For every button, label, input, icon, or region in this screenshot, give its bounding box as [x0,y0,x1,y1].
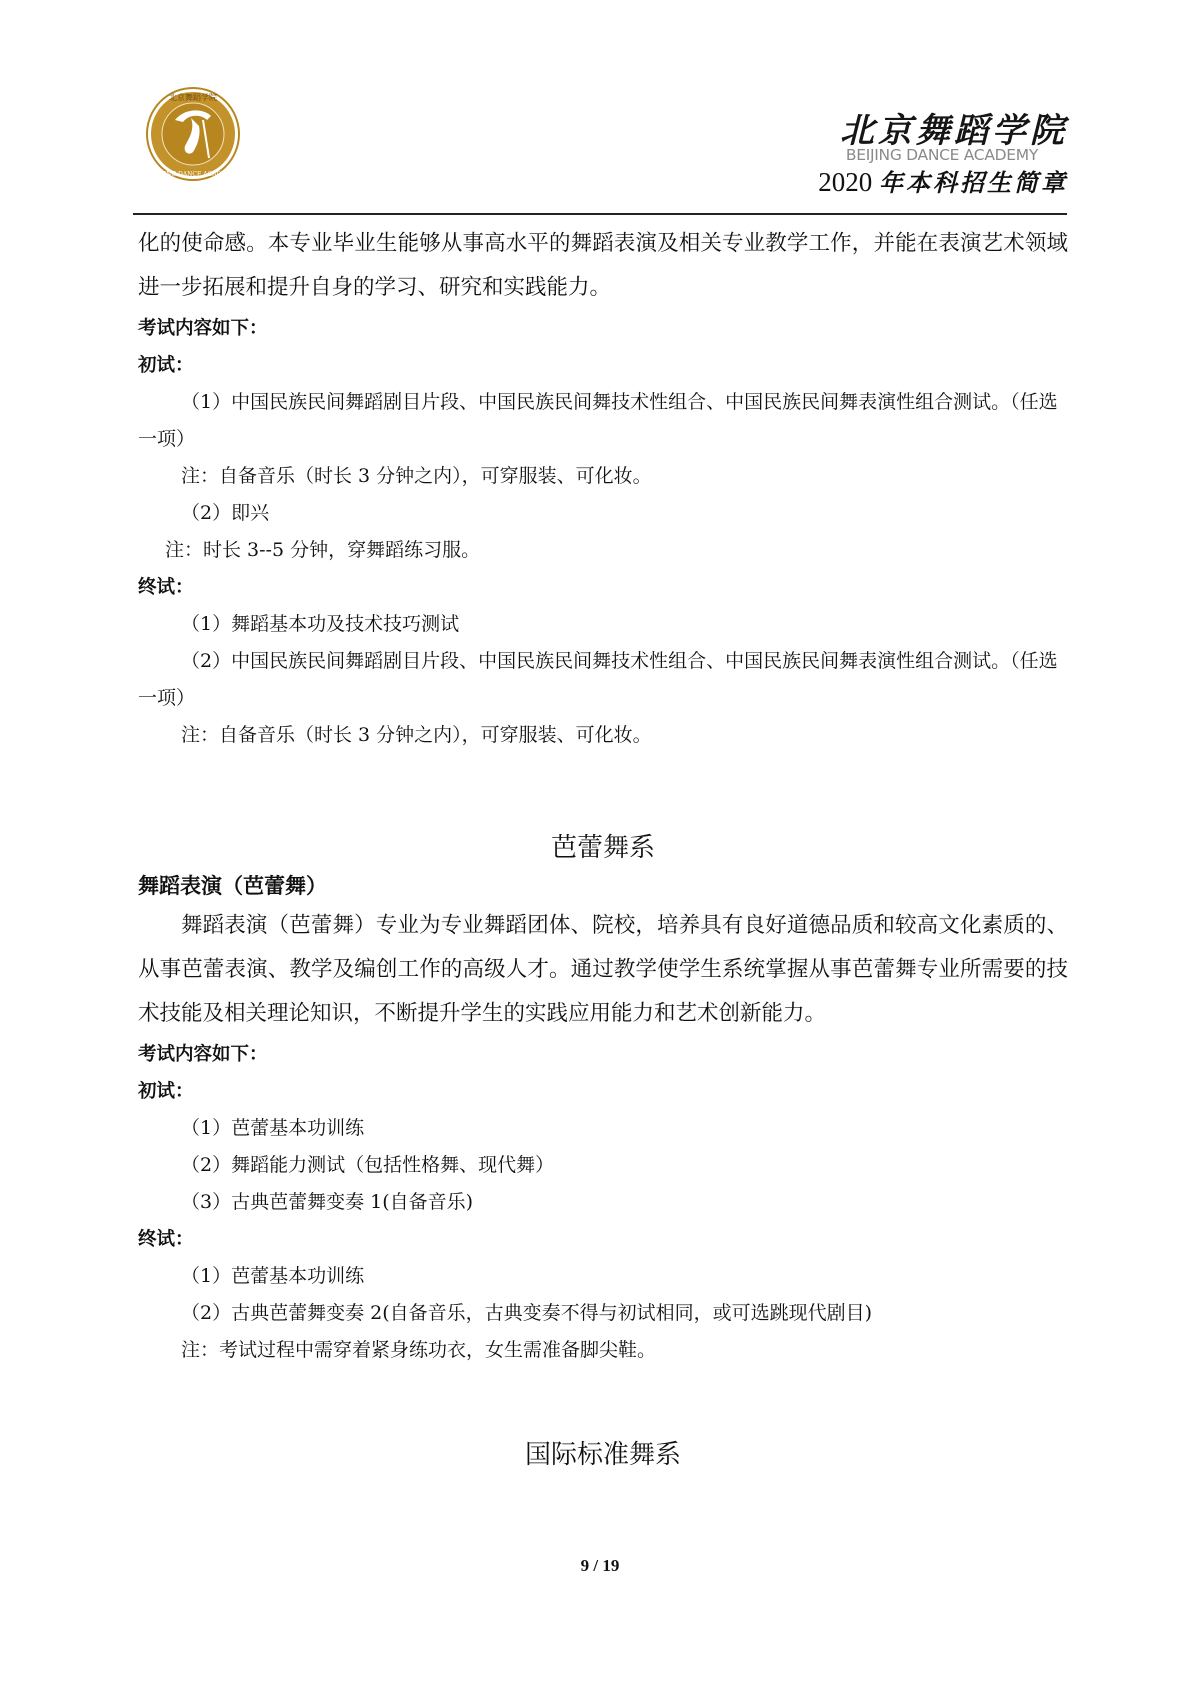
final-label: 终试： [138,569,1068,606]
prelim-note: 注：自备音乐（时长 3 分钟之内），可穿服装、可化妆。 [138,458,1068,495]
brand-english-name: BEIJING DANCE ACADEMY [818,146,1038,164]
exam-content-label: 考试内容如下： [138,310,1068,347]
prelim-item: （1）中国民族民间舞蹈剧目片段、中国民族民间舞技术性组合、中国民族民间舞表演性组… [138,384,1068,458]
svg-text:北京舞蹈学院: 北京舞蹈学院 [169,92,217,102]
final-item: （1）芭蕾基本功训练 [138,1258,1068,1295]
final-item: （2）古典芭蕾舞变奏 2(自备音乐，古典变奏不得与初试相同，或可选跳现代剧目) [138,1295,1068,1332]
final-note: 注：考试过程中需穿着紧身练功衣，女生需准备脚尖鞋。 [138,1332,1068,1369]
document-title-text: 年本科招生简章 [879,168,1068,197]
academy-logo: 北京舞蹈学院 BEIJING DANCE ACADEMY [145,86,241,182]
final-item: （2）中国民族民间舞蹈剧目片段、中国民族民间舞技术性组合、中国民族民间舞表演性组… [138,643,1068,717]
prelim-item: （2）即兴 [138,495,1068,532]
prelim-item: （1）芭蕾基本功训练 [138,1110,1068,1147]
header-divider [133,213,1067,215]
document-title: 2020 年本科招生简章 [818,166,1068,199]
final-item: （1）舞蹈基本功及技术技巧测试 [138,606,1068,643]
header-brand: 北京舞蹈学院 BEIJING DANCE ACADEMY 2020 年本科招生简… [818,112,1068,199]
final-label: 终试： [138,1221,1068,1258]
continuation-paragraph: 化的使命感。本专业毕业生能够从事高水平的舞蹈表演及相关专业教学工作，并能在表演艺… [138,222,1068,310]
svg-text:BEIJING DANCE ACADEMY: BEIJING DANCE ACADEMY [150,171,237,178]
exam-content-label: 考试内容如下： [138,1036,1068,1073]
dancer-emblem-icon: 北京舞蹈学院 BEIJING DANCE ACADEMY [145,86,241,182]
prelim-item: （3）古典芭蕾舞变奏 1(自备音乐) [138,1184,1068,1221]
prelim-note: 注：时长 3--5 分钟，穿舞蹈练习服。 [138,532,1068,569]
department-heading: 国际标准舞系 [138,1435,1068,1475]
department-heading: 芭蕾舞系 [138,828,1068,868]
brand-chinese-name: 北京舞蹈学院 [818,112,1068,150]
document-year: 2020 [818,167,872,197]
final-note: 注：自备音乐（时长 3 分钟之内），可穿服装、可化妆。 [138,717,1068,754]
major-description: 舞蹈表演（芭蕾舞）专业为专业舞蹈团体、院校，培养具有良好道德品质和较高文化素质的… [138,904,1068,1036]
prelim-item: （2）舞蹈能力测试（包括性格舞、现代舞） [138,1147,1068,1184]
document-page: 北京舞蹈学院 BEIJING DANCE ACADEMY 北京舞蹈学院 BEIJ… [0,0,1200,1697]
prelim-label: 初试： [138,1073,1068,1110]
page-number: 9 / 19 [0,1556,1200,1576]
page-content: 化的使命感。本专业毕业生能够从事高水平的舞蹈表演及相关专业教学工作，并能在表演艺… [138,222,1068,1475]
prelim-label: 初试： [138,347,1068,384]
major-heading: 舞蹈表演（芭蕾舞） [138,868,1068,904]
